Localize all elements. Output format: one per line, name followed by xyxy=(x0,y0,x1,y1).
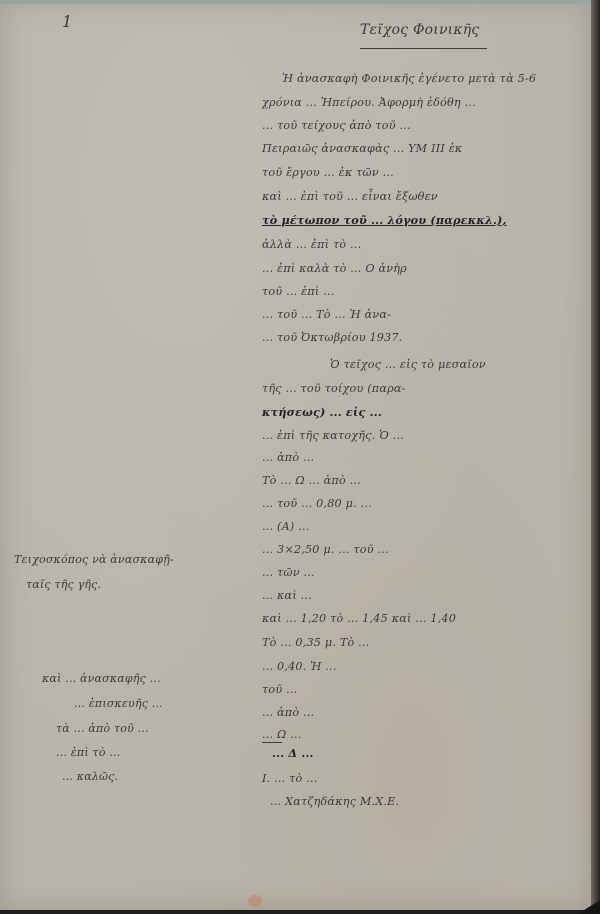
body-line: ... Ω ... xyxy=(262,728,302,741)
signature-line: ... Χατζηδάκης Μ.Χ.Ε. xyxy=(270,795,399,808)
body-line: ... τοῦ ... 0,80 μ. ... xyxy=(262,497,372,510)
manuscript-page: 1 Τεῖχος Φοινικῆς Ἡ ἀνασκαφὴ Φοινικῆς ἐγ… xyxy=(0,0,591,910)
body-line: ... ἐπὶ τῆς κατοχῆς. Ὁ ... xyxy=(262,429,404,442)
body-line: Τὸ ... 0,35 μ. Τὸ ... xyxy=(262,636,369,649)
body-line: Ὁ τεῖχος ... εἰς τὸ μεσαῖον xyxy=(330,358,486,371)
margin-note-line: ... καλῶς. xyxy=(62,770,118,783)
margin-note-line: Τειχοσκόπος νὰ ἀνασκαφῇ- xyxy=(14,553,174,566)
body-line: ... Δ ... xyxy=(272,746,314,760)
margin-note-line: ταῖς τῆς γῆς. xyxy=(26,578,101,591)
body-line: ... 0,40. Ἡ ... xyxy=(262,660,337,673)
body-line: τὸ μέτωπον τοῦ ... λόγου (παρεκκλ.), xyxy=(262,213,507,227)
body-line: Τὸ ... Ω ... ἀπὸ ... xyxy=(262,474,361,487)
body-line: τῆς ... τοῦ τοίχου (παρα- xyxy=(262,382,406,395)
body-line: Ι. ... τὸ ... xyxy=(262,772,318,785)
body-line: τοῦ ἔργου ... ἐκ τῶν ... xyxy=(262,166,394,179)
margin-note-line: καὶ ... ἀνασκαφῆς ... xyxy=(42,672,161,685)
body-line: ... τοῦ Ὀκτωβρίου 1937. xyxy=(262,331,402,344)
body-line: κτήσεως) ... εἰς ... xyxy=(262,405,382,419)
body-line: ... ἀπὸ ... xyxy=(262,451,314,464)
body-line: ... ἀπὸ ... xyxy=(262,706,314,719)
body-line: ἀλλὰ ... ἐπὶ τὸ ... xyxy=(262,238,361,251)
body-line: ... τοῦ ... Τὸ ... Ἡ ἀνα- xyxy=(262,308,391,321)
page-title: Τεῖχος Φοινικῆς xyxy=(360,22,487,49)
body-line: καὶ ... ἐπὶ τοῦ ... εἶναι ἔξωθεν xyxy=(262,190,438,203)
body-line: ... (Α) ... xyxy=(262,520,309,533)
body-line: ... ἐπὶ καλὰ τὸ ... Ο ἀνὴρ xyxy=(262,262,407,275)
body-line: τοῦ ... ἐπὶ ... xyxy=(262,285,334,298)
body-line: ... τοῦ τείχους ἀπὸ τοῦ ... xyxy=(262,119,411,132)
body-line: ... τῶν ... xyxy=(262,566,315,579)
scan-top-edge xyxy=(0,0,600,4)
paper-stain xyxy=(248,895,262,907)
body-line: χρόνια ... Ἠπείρου. Ἀφορμὴ ἐδόθη ... xyxy=(262,96,476,109)
body-line: ... 3×2,50 μ. ... τοῦ ... xyxy=(262,543,389,556)
margin-note-line: ... ἐπισκευῆς ... xyxy=(74,697,163,710)
margin-note-line: τὰ ... ἀπὸ τοῦ ... xyxy=(56,722,149,735)
page-number: 1 xyxy=(62,12,72,31)
margin-note-line: ... ἐπὶ τὸ ... xyxy=(56,746,120,759)
body-line: Πειραιῶς ἀνασκαφὰς ... ΥΜ ΙΙΙ ἐκ xyxy=(262,142,462,155)
body-line: καὶ ... 1,20 τὸ ... 1,45 καὶ ... 1,40 xyxy=(262,612,456,625)
separator-rule xyxy=(262,742,282,743)
scan-right-edge xyxy=(591,0,600,914)
body-line: τοῦ ... xyxy=(262,683,297,696)
body-line: Ἡ ἀνασκαφὴ Φοινικῆς ἐγένετο μετὰ τὰ 5-6 xyxy=(282,72,536,85)
body-line: ... καὶ ... xyxy=(262,589,312,602)
